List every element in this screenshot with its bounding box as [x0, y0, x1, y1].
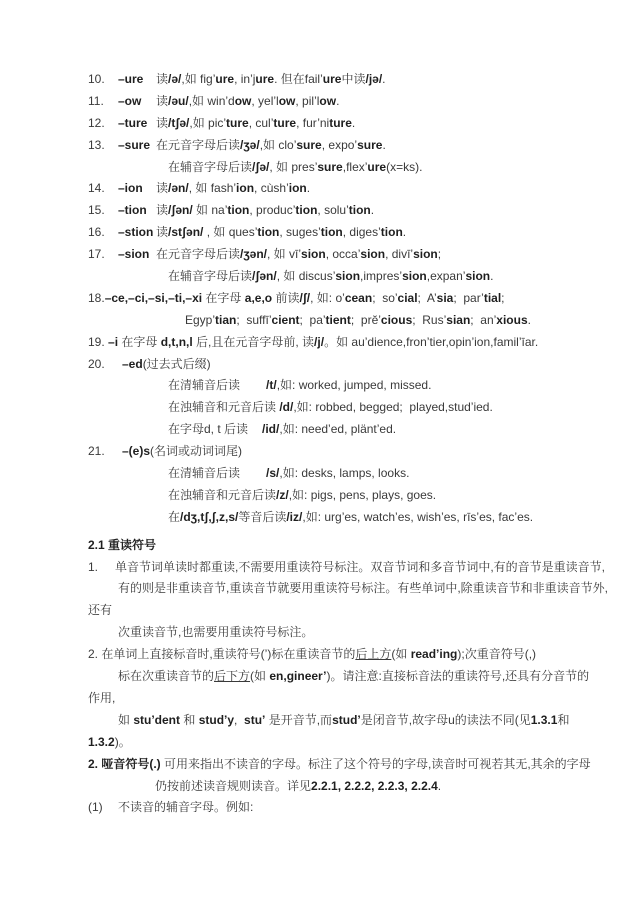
emphasis-text: ure	[323, 72, 342, 86]
text-segment: ; pa’	[300, 313, 326, 327]
emphasis-text: sion	[402, 269, 427, 283]
text-segment: , 如 pres’	[269, 160, 317, 174]
text-segment: ;	[438, 247, 441, 261]
text-segment: 和	[180, 713, 199, 727]
text-segment: (如	[391, 647, 410, 661]
text-segment: 仍按前述读音规则读音。详见	[155, 779, 311, 793]
emphasis-text: cial	[398, 291, 418, 305]
text-segment: 21.	[88, 441, 122, 463]
emphasis-text: /id/	[262, 422, 279, 436]
text-segment: )。	[115, 735, 131, 749]
emphasis-text: tion	[321, 225, 343, 239]
text-segment: ,如: desks, lamps, looks.	[279, 466, 409, 480]
emphasis-text: tion	[381, 225, 403, 239]
emphasis-text: –i	[108, 335, 118, 349]
text-segment: , produc’	[249, 203, 295, 217]
emphasis-text: /j/	[314, 335, 324, 349]
text-segment: 和	[557, 713, 569, 727]
text-segment: ; A’	[418, 291, 437, 305]
emphasis-text: ow	[235, 94, 252, 108]
doc-line: 在字母d, t 后读 /id/,如: need’ed, plänt’ed.	[88, 419, 628, 441]
text-segment: 在清辅音后读	[168, 466, 240, 480]
doc-line: 在清辅音后读 /t/,如: worked, jumped, missed.	[88, 375, 628, 397]
emphasis-text: –ure	[118, 69, 156, 91]
emphasis-text: 2.2.1, 2.2.2, 2.2.3, 2.2.4	[311, 779, 438, 793]
text-segment: ; Rus’	[412, 313, 446, 327]
doc-line: Egyp’tian; suffī’cient; pa’tient; prĕ’ci…	[88, 310, 628, 332]
emphasis-text: /s/	[266, 466, 279, 480]
text-segment: );次重音符号(,)	[457, 647, 536, 661]
emphasis-text: stud’y	[199, 713, 234, 727]
text-segment: 单音节词单读时都重读,不需要用重读符号标注。双音节词和多音节词中,有的音节是重读…	[115, 560, 605, 574]
text-segment: 读	[156, 94, 168, 108]
emphasis-text: stud’	[332, 713, 361, 727]
text-segment: 11.	[88, 91, 118, 113]
text-segment: 如	[118, 713, 133, 727]
text-segment: 在辅音字母后读	[168, 269, 252, 283]
document-page: 10. –ure读/ə/,如 fig’ure, in’jure. 但在fail’…	[0, 0, 640, 905]
doc-line: 在浊辅音和元音后读 /d/,如: robbed, begged; played,…	[88, 397, 628, 419]
doc-line: 18.–ce,–ci,–si,–ti,–xi 在字母 a,e,o 前读/ʃ/, …	[88, 288, 628, 310]
emphasis-text: sion	[465, 269, 490, 283]
emphasis-text: –stion	[118, 222, 156, 244]
emphasis-text: tion	[257, 225, 279, 239]
text-segment: (x=ks).	[386, 160, 422, 174]
text-segment: .	[382, 138, 385, 152]
doc-line: 2. 哑音符号(.) 可用来指出不读音的字母。标注了这个符号的字母,读音时可视若…	[88, 754, 628, 776]
text-segment: , fur’ni	[296, 116, 329, 130]
text-segment: 读	[156, 225, 168, 239]
emphasis-text: sion	[413, 247, 438, 261]
text-segment: , 如: o’	[310, 291, 345, 305]
doc-line: 21.–(e)s(名词或动词词尾)	[88, 441, 628, 463]
text-segment: 。如 au’dience,fron’tier,opin’ion,famil’īa…	[324, 335, 538, 349]
text-segment: 可用来指出不读音的字母。标注了这个符号的字母,读音时可视若其无,其余的字母	[161, 757, 591, 771]
text-segment: .	[490, 269, 493, 283]
text-segment: .	[371, 203, 374, 217]
text-segment: , in’j	[234, 72, 255, 86]
emphasis-text: sia	[437, 291, 454, 305]
emphasis-text: ow	[279, 94, 296, 108]
document-body: 10. –ure读/ə/,如 fig’ure, in’jure. 但在fail’…	[88, 69, 628, 819]
emphasis-text: /jə/	[365, 72, 382, 86]
text-segment: ,如 pic’	[189, 116, 226, 130]
doc-line: 14. –ion读/ən/, 如 fash’ion, cùsh’ion.	[88, 178, 628, 200]
emphasis-text: –ion	[118, 178, 156, 200]
text-segment: 17.	[88, 244, 118, 266]
text-segment: ,如: urg’es, watch’es, wish’es, rīs’es, f…	[302, 510, 533, 524]
emphasis-text: /əu/	[168, 94, 189, 108]
text-segment: 等音后读	[238, 510, 286, 524]
emphasis-text: –ow	[118, 91, 156, 113]
text-segment: ,如 win’d	[189, 94, 235, 108]
doc-line: 15. –tion读/ʃən/ 如 na’tion, produc’tion, …	[88, 200, 628, 222]
text-segment: .	[403, 225, 406, 239]
doc-line: 仍按前述读音规则读音。详见2.2.1, 2.2.2, 2.2.3, 2.2.4.	[88, 776, 628, 798]
emphasis-text: 1.3.2	[88, 735, 115, 749]
text-segment: ,如: worked, jumped, missed.	[277, 378, 432, 392]
emphasis-text: /stʃən/	[168, 225, 203, 239]
emphasis-text: –(e)s	[122, 444, 150, 458]
emphasis-text: tion	[295, 203, 317, 217]
text-segment: .	[382, 72, 385, 86]
emphasis-text: ture	[273, 116, 296, 130]
text-segment: , occa’	[326, 247, 361, 261]
text-segment: . 但在fail’	[274, 72, 323, 86]
text-segment: 在字母d, t 后读	[168, 422, 248, 436]
text-segment: .	[528, 313, 531, 327]
text-segment: ; prĕ’	[351, 313, 381, 327]
doc-line: 1. 单音节词单读时都重读,不需要用重读符号标注。双音节词和多音节词中,有的音节…	[88, 557, 628, 579]
text-segment: 在字母	[118, 335, 161, 349]
emphasis-text: cean	[345, 291, 372, 305]
text-segment: , suges’	[279, 225, 320, 239]
doc-line: 13. –sure在元音字母后读/ʒə/,如 clo’sure, expo’su…	[88, 135, 628, 157]
text-segment: ; an’	[470, 313, 496, 327]
text-segment: (1)	[88, 797, 118, 819]
text-segment: ,flex’	[343, 160, 368, 174]
doc-line: 有的则是非重读音节,重读音节就要用重读符号标注。有些单词中,除重读音节和非重读音…	[88, 578, 628, 600]
text-segment: , cùsh’	[254, 181, 289, 195]
emphasis-text: sure	[296, 138, 321, 152]
text-segment: 读	[156, 116, 168, 130]
text-segment: 在字母	[202, 291, 245, 305]
text-segment: , 如 vī’	[267, 247, 301, 261]
doc-line: 在辅音字母后读/ʃə/, 如 pres’sure,flex’ure(x=ks).	[88, 157, 628, 179]
doc-line: 19. –i 在字母 d,t,n,l 后,且在元音字母前, 读/j/。如 au’…	[88, 332, 628, 354]
emphasis-text: /ʒə/	[240, 138, 260, 152]
text-segment: , divī’	[385, 247, 413, 261]
emphasis-text: /ʃən/	[252, 269, 277, 283]
text-segment: , solu’	[317, 203, 348, 217]
doc-line: 还有	[88, 600, 628, 622]
doc-line: 在/dʒ,tʃ,ʃ,z,s/等音后读/iz/,如: urg’es, watch’…	[88, 507, 628, 529]
text-segment: 1.	[88, 557, 115, 579]
emphasis-text: a,e,o	[245, 291, 272, 305]
text-segment: ,expan’	[427, 269, 466, 283]
emphasis-text: /z/	[276, 488, 289, 502]
text-segment: ,如: need’ed, plänt’ed.	[279, 422, 396, 436]
text-segment	[240, 375, 266, 397]
emphasis-text: ow	[319, 94, 336, 108]
text-segment: , cul’	[249, 116, 274, 130]
text-segment: 后,且在元音字母前, 读	[193, 335, 314, 349]
emphasis-text: /ʒən/	[240, 247, 267, 261]
doc-line: 在浊辅音和元音后读/z/,如: pigs, pens, plays, goes.	[88, 485, 628, 507]
text-segment: , yel’l	[251, 94, 278, 108]
emphasis-text: sian	[446, 313, 470, 327]
doc-line: 16. –stion读/stʃən/ , 如 ques’tion, suges’…	[88, 222, 628, 244]
text-segment: 19.	[88, 335, 108, 349]
text-segment: 14.	[88, 178, 118, 200]
text-segment: 在元音字母后读	[156, 247, 240, 261]
text-segment: ,如 fig’	[181, 72, 215, 86]
text-segment: ; suffī’	[236, 313, 271, 327]
text-segment: , pil’l	[295, 94, 319, 108]
text-segment: ,impres’	[360, 269, 402, 283]
text-segment: ,如: pigs, pens, plays, goes.	[289, 488, 436, 502]
emphasis-text: read’ing	[411, 647, 458, 661]
emphasis-text: sion	[335, 269, 360, 283]
doc-line: 12. –ture读/tʃə/,如 pic’ture, cul’ture, fu…	[88, 113, 628, 135]
emphasis-text: ure	[255, 72, 274, 86]
text-segment: 作用,	[88, 691, 115, 705]
doc-line: 20.–ed(过去式后缀)	[88, 354, 628, 376]
text-segment: ,如 clo’	[260, 138, 297, 152]
emphasis-text: tial	[484, 291, 501, 305]
emphasis-text: –ce,–ci,–si,–ti,–xi	[105, 291, 202, 305]
text-segment: 在	[168, 510, 180, 524]
doc-line: 如 stu’dent 和 stud’y, stu’ 是开音节,而stud’是闭音…	[88, 710, 628, 732]
text-segment: , diges’	[343, 225, 381, 239]
emphasis-text: cious	[381, 313, 412, 327]
emphasis-text: /t/	[266, 378, 277, 392]
text-segment: (名词或动词词尾)	[150, 444, 242, 458]
doc-line: 作用,	[88, 688, 628, 710]
emphasis-text: tient	[326, 313, 351, 327]
text-segment: .	[336, 94, 339, 108]
text-segment: .	[352, 116, 355, 130]
text-segment: 是闭音节,故字母u的读法不同(见	[361, 713, 531, 727]
emphasis-text: tian	[215, 313, 236, 327]
emphasis-text: /ʃən/	[168, 203, 193, 217]
emphasis-text: tion	[227, 203, 249, 217]
emphasis-text: –ed	[122, 357, 143, 371]
text-segment: 在浊辅音和元音后读	[168, 400, 279, 414]
doc-line: 在辅音字母后读/ʃən/, 如 discus’sion,impres’sion,…	[88, 266, 628, 288]
emphasis-text: /dʒ,tʃ,ʃ,z,s/	[180, 510, 238, 524]
doc-line: 2.1 重读符号	[88, 535, 628, 557]
text-segment: , expo’	[322, 138, 357, 152]
text-segment: 16.	[88, 222, 118, 244]
underlined-text: 后上方	[355, 647, 391, 661]
text-segment: 15.	[88, 200, 118, 222]
text-segment: 如 na’	[193, 203, 228, 217]
emphasis-text: ture	[226, 116, 249, 130]
underlined-text: 后下方	[214, 669, 250, 683]
doc-line: 10. –ure读/ə/,如 fig’ure, in’jure. 但在fail’…	[88, 69, 628, 91]
emphasis-text: sure	[317, 160, 342, 174]
text-segment	[240, 463, 266, 485]
text-segment: 12.	[88, 113, 118, 135]
text-segment: 13.	[88, 135, 118, 157]
text-segment: Egyp’	[185, 313, 215, 327]
text-segment: (如	[250, 669, 269, 683]
text-segment: 20.	[88, 354, 122, 376]
text-segment: 次重读音节,也需要用重读符号标注。	[118, 625, 313, 639]
emphasis-text: en,gineer’	[269, 669, 326, 683]
emphasis-text: ure	[215, 72, 234, 86]
text-segment: 不读音的辅音字母。例如:	[118, 800, 253, 814]
emphasis-text: /d/	[279, 400, 293, 414]
text-segment	[248, 419, 262, 441]
emphasis-text: xious	[496, 313, 527, 327]
text-segment: )。请注意:直接标音法的重读符号,还具有分音节的	[327, 669, 590, 683]
emphasis-text: tion	[349, 203, 371, 217]
emphasis-text: /ə/	[168, 72, 181, 86]
text-segment: 前读	[272, 291, 299, 305]
doc-line: 2. 在单词上直接标音时,重读符号(’)标在重读音节的后上方(如 read’in…	[88, 644, 628, 666]
text-segment: 有的则是非重读音节,重读音节就要用重读符号标注。有些单词中,除重读音节和非重读音…	[118, 581, 608, 595]
emphasis-text: d,t,n,l	[161, 335, 193, 349]
text-segment: , 如 discus’	[277, 269, 336, 283]
text-segment: , 如 ques’	[203, 225, 257, 239]
emphasis-text: cient	[272, 313, 300, 327]
doc-line: 在清辅音后读 /s/,如: desks, lamps, looks.	[88, 463, 628, 485]
emphasis-text: 2.1 重读符号	[88, 538, 156, 552]
doc-line: 1.3.2)。	[88, 732, 628, 754]
text-segment: ; so’	[372, 291, 397, 305]
emphasis-text: –ture	[118, 113, 156, 135]
text-segment: 还有	[88, 603, 112, 617]
text-segment: 2. 在单词上直接标音时,重读符号(’)标在重读音节的	[88, 647, 355, 661]
text-segment: 在浊辅音和元音后读	[168, 488, 276, 502]
text-segment: ,	[234, 713, 244, 727]
text-segment: 18.	[88, 291, 105, 305]
text-segment: , 如 fash’	[189, 181, 236, 195]
emphasis-text: /ʃ/	[299, 291, 310, 305]
emphasis-text: ion	[236, 181, 254, 195]
text-segment: 在辅音字母后读	[168, 160, 252, 174]
doc-line: 次重读音节,也需要用重读符号标注。	[88, 622, 628, 644]
emphasis-text: /ən/	[168, 181, 189, 195]
text-segment: ; par’	[453, 291, 483, 305]
emphasis-text: 1.3.1	[531, 713, 558, 727]
emphasis-text: sion	[301, 247, 326, 261]
text-segment: 在元音字母后读	[156, 138, 240, 152]
text-segment: 是开音节,而	[265, 713, 332, 727]
text-segment: 在清辅音后读	[168, 378, 240, 392]
text-segment: 读	[156, 72, 168, 86]
text-segment: (过去式后缀)	[143, 357, 211, 371]
emphasis-text: ure	[367, 160, 386, 174]
emphasis-text: 2. 哑音符号(.)	[88, 757, 161, 771]
doc-line: (1)不读音的辅音字母。例如:	[88, 797, 628, 819]
emphasis-text: ture	[329, 116, 352, 130]
text-segment: .	[438, 779, 441, 793]
text-segment: ,如: robbed, begged; played,stud’ied.	[293, 400, 492, 414]
doc-line: 17. –sion在元音字母后读/ʒən/, 如 vī’sion, occa’s…	[88, 244, 628, 266]
emphasis-text: /tʃə/	[168, 116, 189, 130]
text-segment: ;	[501, 291, 504, 305]
emphasis-text: /iz/	[286, 510, 302, 524]
text-segment: 10.	[88, 69, 118, 91]
emphasis-text: –tion	[118, 200, 156, 222]
text-segment: 中读	[341, 72, 365, 86]
emphasis-text: sure	[357, 138, 382, 152]
text-segment: 读	[156, 203, 168, 217]
text-segment: 标在次重读音节的	[118, 669, 214, 683]
emphasis-text: –sure	[118, 135, 156, 157]
emphasis-text: stu’dent	[133, 713, 180, 727]
doc-line: 11. –ow读/əu/,如 win’dow, yel’low, pil’low…	[88, 91, 628, 113]
emphasis-text: –sion	[118, 244, 156, 266]
emphasis-text: stu’	[244, 713, 265, 727]
doc-line: 标在次重读音节的后下方(如 en,gineer’)。请注意:直接标音法的重读符号…	[88, 666, 628, 688]
emphasis-text: ion	[289, 181, 307, 195]
text-segment: .	[307, 181, 310, 195]
text-segment: 读	[156, 181, 168, 195]
emphasis-text: /ʃə/	[252, 160, 269, 174]
emphasis-text: sion	[360, 247, 385, 261]
